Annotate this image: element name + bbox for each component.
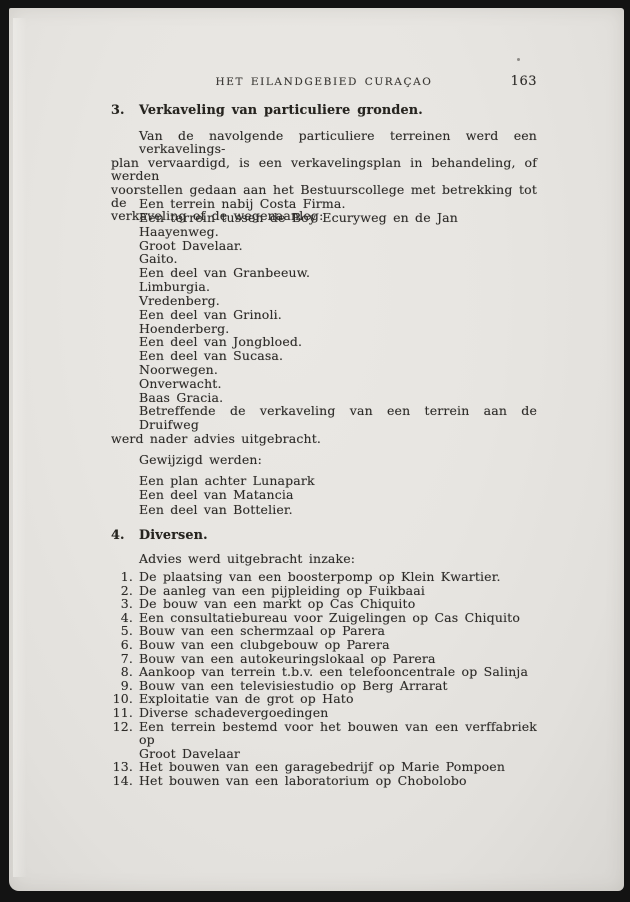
advice-item-number: 7. — [111, 652, 133, 666]
advice-item-number: 4. — [111, 611, 133, 625]
section-4-heading: 4.Diversen. — [111, 528, 537, 543]
advice-item: 10.Exploitatie van de grot op Hato — [111, 692, 537, 706]
text-line: Exploitatie van de grot op Hato — [139, 692, 537, 706]
advice-item: 3.De bouw van een markt op Cas Chiquito — [111, 597, 537, 611]
advice-item-number: 3. — [111, 597, 133, 611]
changed-heading: Gewijzigd werden: — [111, 452, 565, 467]
advice-item-text: Bouw van een televisiestudio op Berg Arr… — [139, 679, 537, 693]
terrain-item: Een terrein nabij Costa Firma. — [139, 197, 537, 211]
book-page: HET EILANDGEBIED CURAÇAO 163 3.Verkaveli… — [9, 8, 624, 891]
advice-item: 4.Een consultatiebureau voor Zuigelingen… — [111, 611, 537, 625]
text-line: Bouw van een televisiestudio op Berg Arr… — [139, 679, 537, 693]
running-header-title: HET EILANDGEBIED CURAÇAO — [111, 76, 537, 88]
advice-item: 13.Het bouwen van een garagebedrijf op M… — [111, 760, 537, 774]
advice-item-number: 6. — [111, 638, 133, 652]
advice-item-text: De plaatsing van een boosterpomp op Klei… — [139, 570, 537, 584]
terrain-item: Gaito. — [139, 252, 537, 266]
terrain-item: Hoenderberg. — [139, 322, 537, 336]
changed-item: Een plan achter Lunapark — [139, 474, 537, 488]
advice-item-text: Aankoop van terrein t.b.v. een telefoonc… — [139, 665, 537, 679]
advice-item-text: Een terrein bestemd voor het bouwen van … — [139, 720, 537, 761]
advice-item-text: Het bouwen van een garagebedrijf op Mari… — [139, 760, 537, 774]
text-line: De plaatsing van een boosterpomp op Klei… — [139, 570, 537, 584]
terrain-item: Een deel van Jongbloed. — [139, 335, 537, 349]
advice-item-number: 9. — [111, 679, 133, 693]
terrain-item: Vredenberg. — [139, 294, 537, 308]
section-3-number: 3. — [111, 103, 139, 118]
advice-item-text: De bouw van een markt op Cas Chiquito — [139, 597, 537, 611]
text-line: Een consultatiebureau voor Zuigelingen o… — [139, 611, 537, 625]
advice-item: 14.Het bouwen van een laboratorium op Ch… — [111, 774, 537, 788]
advice-item-number: 5. — [111, 624, 133, 638]
advice-item: 9.Bouw van een televisiestudio op Berg A… — [111, 679, 537, 693]
advice-item: 8.Aankoop van terrein t.b.v. een telefoo… — [111, 665, 537, 679]
text-line: Diverse schadevergoedingen — [139, 706, 537, 720]
section-3-title: Verkaveling van particuliere gronden. — [139, 103, 423, 118]
advice-item-text: Het bouwen van een laboratorium op Chobo… — [139, 774, 537, 788]
advice-item-text: Bouw van een clubgebouw op Parera — [139, 638, 537, 652]
scan-speck — [517, 58, 520, 61]
advice-list: 1.De plaatsing van een boosterpomp op Kl… — [111, 570, 537, 788]
advice-item-text: Diverse schadevergoedingen — [139, 706, 537, 720]
advice-item: 12.Een terrein bestemd voor het bouwen v… — [111, 720, 537, 761]
advice-item: 11.Diverse schadevergoedingen — [111, 706, 537, 720]
section-4-title: Diversen. — [139, 528, 208, 543]
advice-item: 2.De aanleg van een pijpleiding op Fuikb… — [111, 584, 537, 598]
text-line: Het bouwen van een garagebedrijf op Mari… — [139, 760, 537, 774]
terrain-item: Onverwacht. — [139, 377, 537, 391]
text-line: plan vervaardigd, is een verkavelingspla… — [111, 156, 537, 183]
text-line: Van de navolgende particuliere terreinen… — [111, 129, 537, 156]
advice-item-text: Bouw van een autokeuringslokaal op Parer… — [139, 652, 537, 666]
scanned-book-page: { "page": { "running_header": "HET EILAN… — [0, 0, 630, 902]
changed-item: Een deel van Bottelier. — [139, 503, 537, 517]
text-line: De aanleg van een pijpleiding op Fuikbaa… — [139, 584, 537, 598]
advice-item: 1.De plaatsing van een boosterpomp op Kl… — [111, 570, 537, 584]
advice-item-number: 10. — [111, 692, 133, 706]
advice-item-text: Bouw van een schermzaal op Parera — [139, 624, 537, 638]
advice-item-number: 13. — [111, 760, 133, 774]
terrain-item: Limburgia. — [139, 280, 537, 294]
text-line: Bouw van een autokeuringslokaal op Parer… — [139, 652, 537, 666]
druifweg-paragraph: Betreffende de verkaveling van een terre… — [111, 404, 537, 446]
section-4-number: 4. — [111, 528, 139, 543]
advice-item: 6.Bouw van een clubgebouw op Parera — [111, 638, 537, 652]
terrain-item: Noorwegen. — [139, 363, 537, 377]
advice-item: 7.Bouw van een autokeuringslokaal op Par… — [111, 652, 537, 666]
text-line: De bouw van een markt op Cas Chiquito — [139, 597, 537, 611]
text-line: Een terrein bestemd voor het bouwen van … — [139, 720, 537, 747]
text-line: werd nader advies uitgebracht. — [111, 432, 537, 446]
text-line: Groot Davelaar — [139, 747, 537, 761]
running-header: HET EILANDGEBIED CURAÇAO 163 — [111, 76, 537, 91]
advice-item-number: 12. — [111, 720, 133, 761]
advice-item-text: De aanleg van een pijpleiding op Fuikbaa… — [139, 584, 537, 598]
advice-item-number: 11. — [111, 706, 133, 720]
terrain-item: Groot Davelaar. — [139, 239, 537, 253]
page-number: 163 — [511, 74, 537, 89]
advice-item-text: Exploitatie van de grot op Hato — [139, 692, 537, 706]
section-3-heading: 3.Verkaveling van particuliere gronden. — [111, 103, 537, 118]
advice-item-number: 2. — [111, 584, 133, 598]
advice-intro: Advies werd uitgebracht inzake: — [111, 551, 565, 566]
changed-item: Een deel van Matancia — [139, 488, 537, 502]
text-line: Bouw van een clubgebouw op Parera — [139, 638, 537, 652]
advice-item-number: 14. — [111, 774, 133, 788]
terrain-item: Een deel van Sucasa. — [139, 349, 537, 363]
text-line: Bouw van een schermzaal op Parera — [139, 624, 537, 638]
terrain-item: Een deel van Grinoli. — [139, 308, 537, 322]
text-line: Het bouwen van een laboratorium op Chobo… — [139, 774, 537, 788]
terrain-item: Een terrein tussen de Boy Ecuryweg en de… — [139, 211, 537, 239]
advice-item: 5.Bouw van een schermzaal op Parera — [111, 624, 537, 638]
terrain-item: Een deel van Granbeeuw. — [139, 266, 537, 280]
advice-item-number: 8. — [111, 665, 133, 679]
changed-list: Een plan achter LunaparkEen deel van Mat… — [111, 474, 537, 517]
text-line: Aankoop van terrein t.b.v. een telefoonc… — [139, 665, 537, 679]
text-line: Betreffende de verkaveling van een terre… — [111, 404, 537, 432]
terrain-list: Een terrein nabij Costa Firma.Een terrei… — [111, 197, 537, 405]
advice-item-number: 1. — [111, 570, 133, 584]
advice-item-text: Een consultatiebureau voor Zuigelingen o… — [139, 611, 537, 625]
